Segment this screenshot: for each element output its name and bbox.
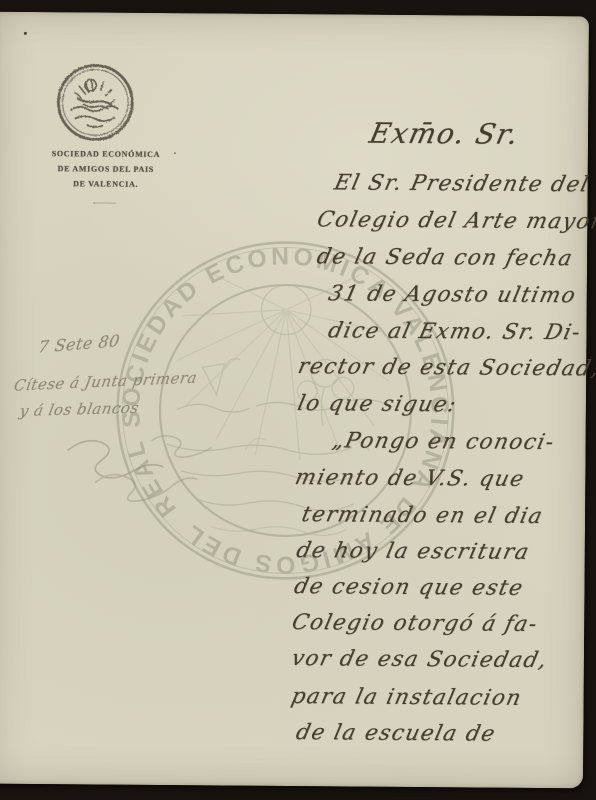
body-line: de hoy la escritura: [297, 538, 530, 565]
ink-speck: [24, 32, 27, 35]
body-line: El Sr. Presidente del: [335, 170, 590, 197]
letterhead-line1: SOCIEDAD ECONÓMICA: [26, 146, 186, 162]
body-line: terminado en el dia: [302, 502, 543, 529]
letterhead-seal-icon: [54, 60, 137, 145]
body-line: dice al Exmo. Sr. Di-: [328, 318, 581, 345]
body-line: vor de esa Sociedad,: [292, 646, 548, 673]
body-line: de la escuela de: [296, 720, 495, 747]
body-line: lo que sigue:: [298, 391, 457, 417]
ink-speck: [174, 152, 176, 154]
letterhead-rule: [94, 202, 116, 203]
letterhead-line2: DE AMIGOS DEL PAIS: [26, 161, 186, 177]
manuscript-page: SOCIEDAD ECONÓMICA DE AMIGOS DEL PAIS DE…: [0, 12, 589, 789]
pencil-rubric-icon: [55, 410, 246, 521]
body-line: „Pongo en conoci-: [333, 428, 555, 455]
ink-speck: [531, 260, 533, 262]
body-line: para la instalacion: [292, 684, 522, 711]
body-line: Colegio otorgó á fa-: [292, 610, 538, 637]
body-line: de cesion que este: [294, 574, 523, 601]
body-line: rector de esta Sociedad,: [298, 354, 596, 381]
letterhead-line3: DE VALENCIA.: [26, 176, 186, 192]
body-line: 31 de Agosto ultimo: [329, 281, 576, 308]
body-line: Colegio del Arte mayor: [317, 207, 596, 234]
body-line: de la Seda con fecha: [317, 244, 573, 271]
salutation: Exm̄o. Sr.: [370, 117, 519, 151]
body-line: miento de V.S. que: [295, 465, 524, 492]
